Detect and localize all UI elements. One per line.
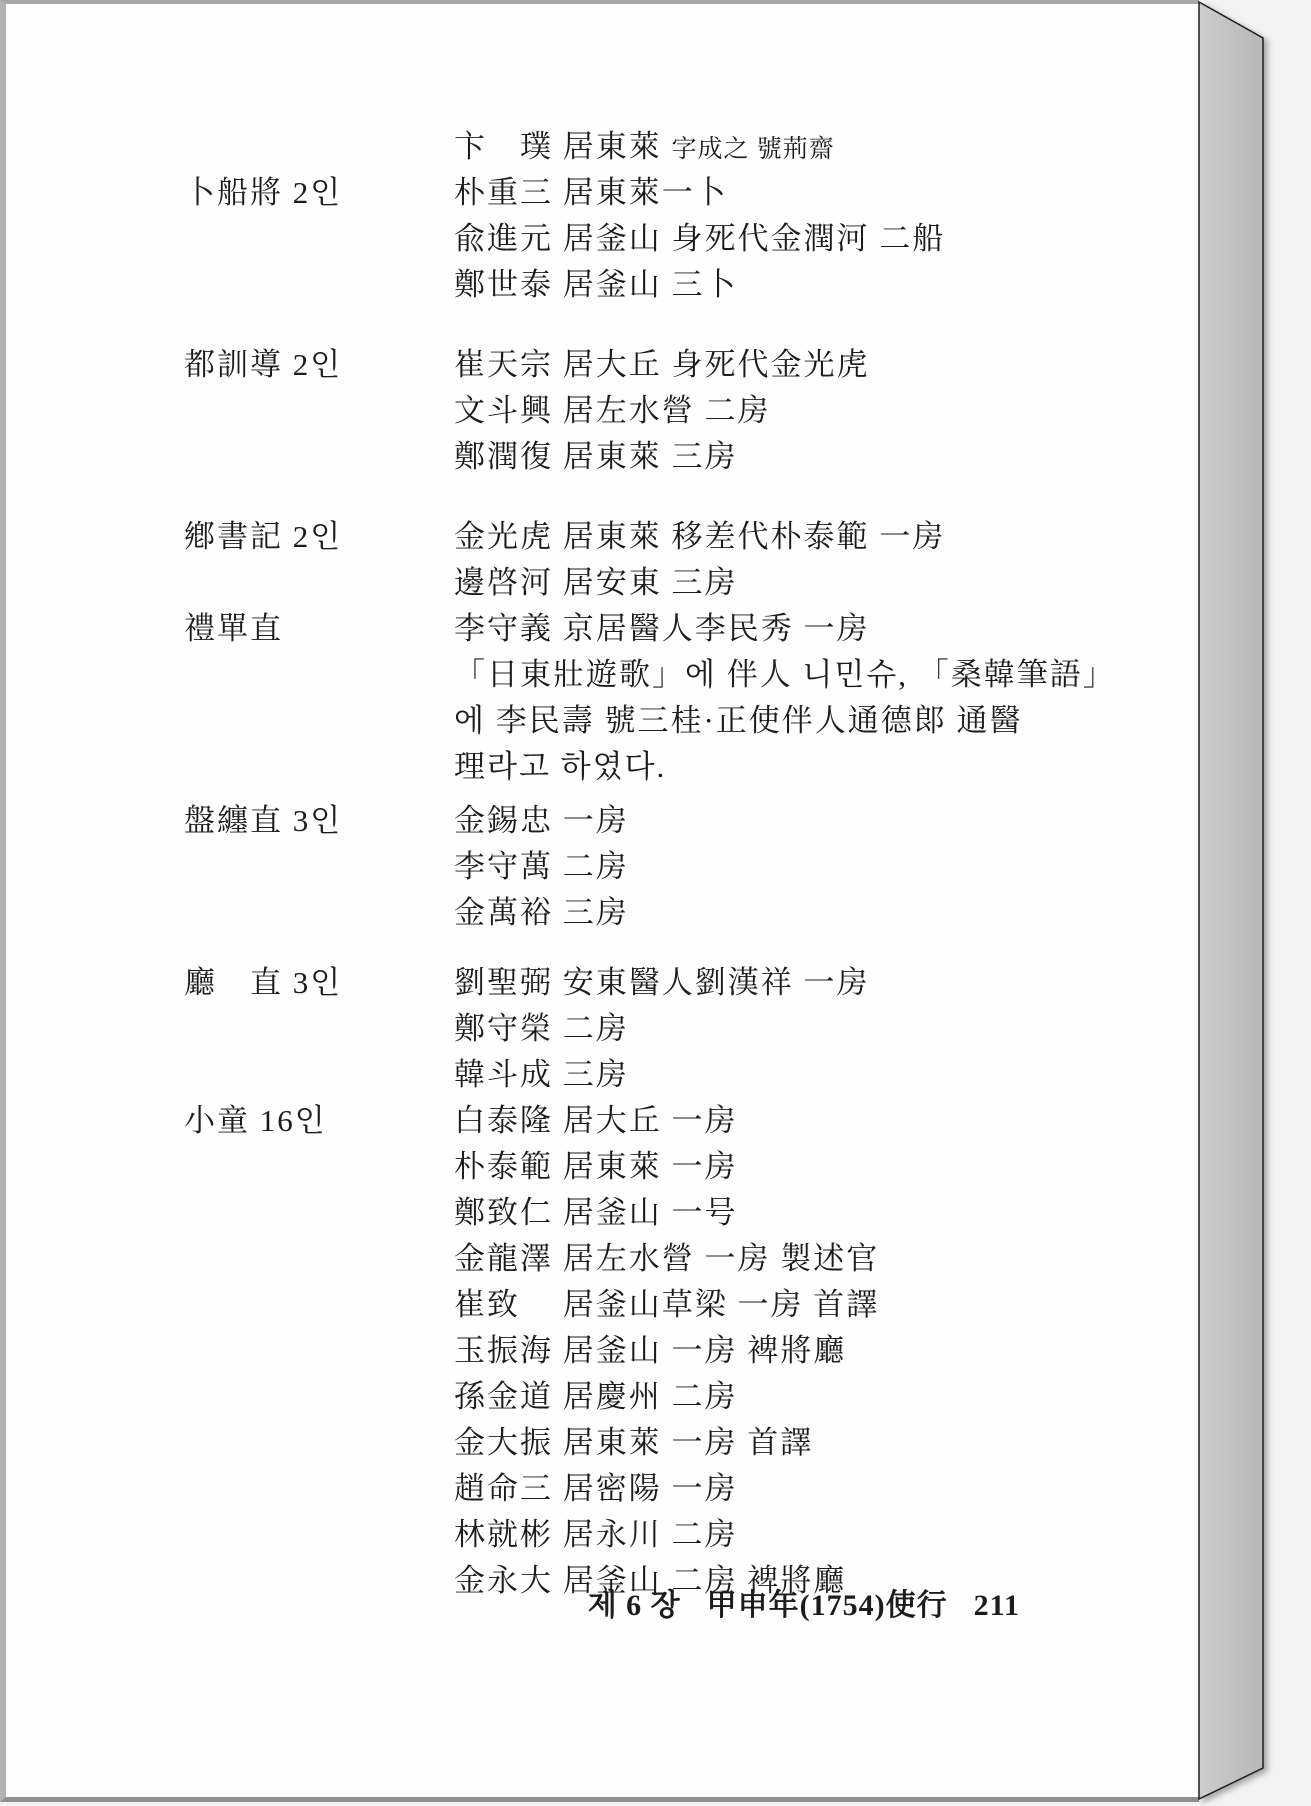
roster-entry: 崔天宗 居大丘 身死代金光虎 (454, 339, 870, 384)
roster-entry: 邊啓河 居安東 三房 (454, 557, 738, 602)
roster-entry: 文斗興 居左水營 二房 (454, 385, 771, 430)
roster-content: 卞 璞 居東萊 字成之 號荊齋 卜船將 2인 朴重三 居東萊一卜 兪進元 居釜山… (184, 120, 1144, 1600)
roster-entry: 玉振海 居釜山 一房 裨將廳 (454, 1325, 846, 1370)
spacer-text (553, 129, 563, 164)
roster-entry: 鄭世泰 居釜山 三卜 (454, 259, 738, 304)
roster-row: 朴泰範 居東萊 一房 (184, 1140, 1144, 1186)
roster-entry: 林就彬 居永川 二房 (454, 1509, 738, 1554)
roster-entry: 鄭潤復 居東萊 三房 (454, 431, 738, 476)
scanned-page: 卞 璞 居東萊 字成之 號荊齋 卜船將 2인 朴重三 居東萊一卜 兪進元 居釜山… (0, 0, 1199, 1802)
roster-row: 兪進元 居釜山 身死代金潤河 二船 (184, 212, 1144, 258)
roster-entry: 崔致 居釜山草梁 一房 首譯 (454, 1279, 879, 1324)
book: 卞 璞 居東萊 字成之 號荊齋 卜船將 2인 朴重三 居東萊一卜 兪進元 居釜山… (0, 0, 1311, 1806)
roster-entry: 鄭守榮 二房 (454, 1003, 629, 1048)
roster-row: 鄭世泰 居釜山 三卜 (184, 258, 1144, 304)
roster-entry: 朴泰範 居東萊 一房 (454, 1141, 738, 1186)
role-label: 盤纏直 3인 (184, 795, 454, 840)
roster-entry: 趙命三 居密陽 一房 (454, 1463, 738, 1508)
roster-row: 卜船將 2인 朴重三 居東萊一卜 (184, 166, 1144, 212)
roster-row: 文斗興 居左水營 二房 (184, 384, 1144, 430)
roster-entry: 金光虎 居東萊 移差代朴泰範 一房 (454, 511, 945, 556)
roster-section: 廳 直 3인 劉聖弼 安東醫人劉漢祥 一房 鄭守榮 二房 韓斗成 三房 (184, 956, 1144, 1094)
role-label: 廳 直 3인 (184, 957, 454, 1002)
roster-row: 韓斗成 三房 (184, 1048, 1144, 1094)
roster-row: 都訓導 2인 崔天宗 居大丘 身死代金光虎 (184, 338, 1144, 384)
roster-row: 鄭潤復 居東萊 三房 (184, 430, 1144, 476)
roster-entry: 白泰隆 居大丘 一房 (454, 1095, 738, 1140)
roster-row: 에 李民壽 號三桂·正使伴人通德郞 通醫 (184, 694, 1144, 740)
roster-entry: 金龍澤 居左水營 一房 製述官 (454, 1233, 879, 1278)
roster-section: 禮單直 李守義 京居醫人李民秀 一房 「日東壯遊歌」에 伴人 니민슈, 「桑韓筆… (184, 602, 1144, 786)
roster-section: 卜船將 2인 朴重三 居東萊一卜 兪進元 居釜山 身死代金潤河 二船 鄭世泰 居… (184, 166, 1144, 304)
page-number: 211 (974, 1589, 1020, 1622)
roster-entry: 李守萬 二房 (454, 841, 629, 886)
roster-entry: 卞 璞 居東萊 字成之 號荊齋 (454, 121, 835, 166)
roster-row: 鄭守榮 二房 (184, 1002, 1144, 1048)
roster-row: 孫金道 居慶州 二房 (184, 1370, 1144, 1416)
book-edge-graphic (1195, 0, 1281, 1806)
roster-row: 玉振海 居釜山 一房 裨將廳 (184, 1324, 1144, 1370)
roster-entry: 李守義 京居醫人李民秀 一房 (454, 603, 870, 648)
person-annotation: 字成之 號荊齋 (672, 136, 835, 163)
page-footer: 제 6 장甲申年(1754)使行211 (6, 1580, 1020, 1624)
roster-entry: 韓斗成 三房 (454, 1049, 629, 1094)
role-label: 鄕書記 2인 (184, 511, 454, 556)
role-label: 禮單直 (184, 603, 454, 648)
roster-row: 鄭致仁 居釜山 一号 (184, 1186, 1144, 1232)
roster-row: 盤纏直 3인 金錫忠 一房 (184, 794, 1144, 840)
roster-row: 金萬裕 三房 (184, 886, 1144, 932)
role-label: 卜船將 2인 (184, 167, 454, 212)
roster-row: 小童 16인 白泰隆 居大丘 一房 (184, 1094, 1144, 1140)
roster-row-header: 卞 璞 居東萊 字成之 號荊齋 (184, 120, 1144, 166)
roster-row: 禮單直 李守義 京居醫人李民秀 一房 (184, 602, 1144, 648)
roster-note-line: 에 李民壽 號三桂·正使伴人通德郞 通醫 (454, 695, 1023, 740)
roster-section: 小童 16인 白泰隆 居大丘 一房 朴泰範 居東萊 一房 鄭致仁 居釜山 一号 … (184, 1094, 1144, 1600)
person-name: 卞 璞 (454, 129, 553, 164)
role-label: 小童 16인 (184, 1095, 454, 1140)
person-residence: 居東萊 (563, 129, 662, 164)
roster-row: 鄕書記 2인 金光虎 居東萊 移差代朴泰範 一房 (184, 510, 1144, 556)
roster-entry: 兪進元 居釜山 身死代金潤河 二船 (454, 213, 945, 258)
chapter-label: 제 6 장 (588, 1589, 681, 1622)
roster-note-line: 理라고 하였다. (454, 741, 666, 786)
roster-row: 金大振 居東萊 一房 首譯 (184, 1416, 1144, 1462)
roster-entry: 劉聖弼 安東醫人劉漢祥 一房 (454, 957, 870, 1002)
roster-section: 都訓導 2인 崔天宗 居大丘 身死代金光虎 文斗興 居左水營 二房 鄭潤復 居東… (184, 338, 1144, 476)
roster-row: 林就彬 居永川 二房 (184, 1508, 1144, 1554)
roster-row: 邊啓河 居安東 三房 (184, 556, 1144, 602)
roster-note-line: 「日東壯遊歌」에 伴人 니민슈, 「桑韓筆語」 (454, 649, 1116, 694)
roster-row: 金龍澤 居左水營 一房 製述官 (184, 1232, 1144, 1278)
roster-row: 崔致 居釜山草梁 一房 首譯 (184, 1278, 1144, 1324)
chapter-title: 甲申年(1754)使行 (707, 1589, 948, 1622)
roster-entry: 朴重三 居東萊一卜 (454, 167, 728, 212)
roster-row: 「日東壯遊歌」에 伴人 니민슈, 「桑韓筆語」 (184, 648, 1144, 694)
roster-entry: 金大振 居東萊 一房 首譯 (454, 1417, 813, 1462)
roster-section: 盤纏直 3인 金錫忠 一房 李守萬 二房 金萬裕 三房 (184, 794, 1144, 932)
roster-entry: 金錫忠 一房 (454, 795, 629, 840)
roster-entry: 鄭致仁 居釜山 一号 (454, 1187, 738, 1232)
roster-entry: 金萬裕 三房 (454, 887, 629, 932)
roster-row: 理라고 하였다. (184, 740, 1144, 786)
role-label: 都訓導 2인 (184, 339, 454, 384)
roster-row: 趙命三 居密陽 一房 (184, 1462, 1144, 1508)
roster-entry: 孫金道 居慶州 二房 (454, 1371, 738, 1416)
spacer-text (662, 129, 672, 164)
roster-row: 李守萬 二房 (184, 840, 1144, 886)
roster-section: 鄕書記 2인 金光虎 居東萊 移差代朴泰範 一房 邊啓河 居安東 三房 (184, 510, 1144, 602)
roster-row: 廳 直 3인 劉聖弼 安東醫人劉漢祥 一房 (184, 956, 1144, 1002)
page-stack-edge (1199, 2, 1263, 1799)
